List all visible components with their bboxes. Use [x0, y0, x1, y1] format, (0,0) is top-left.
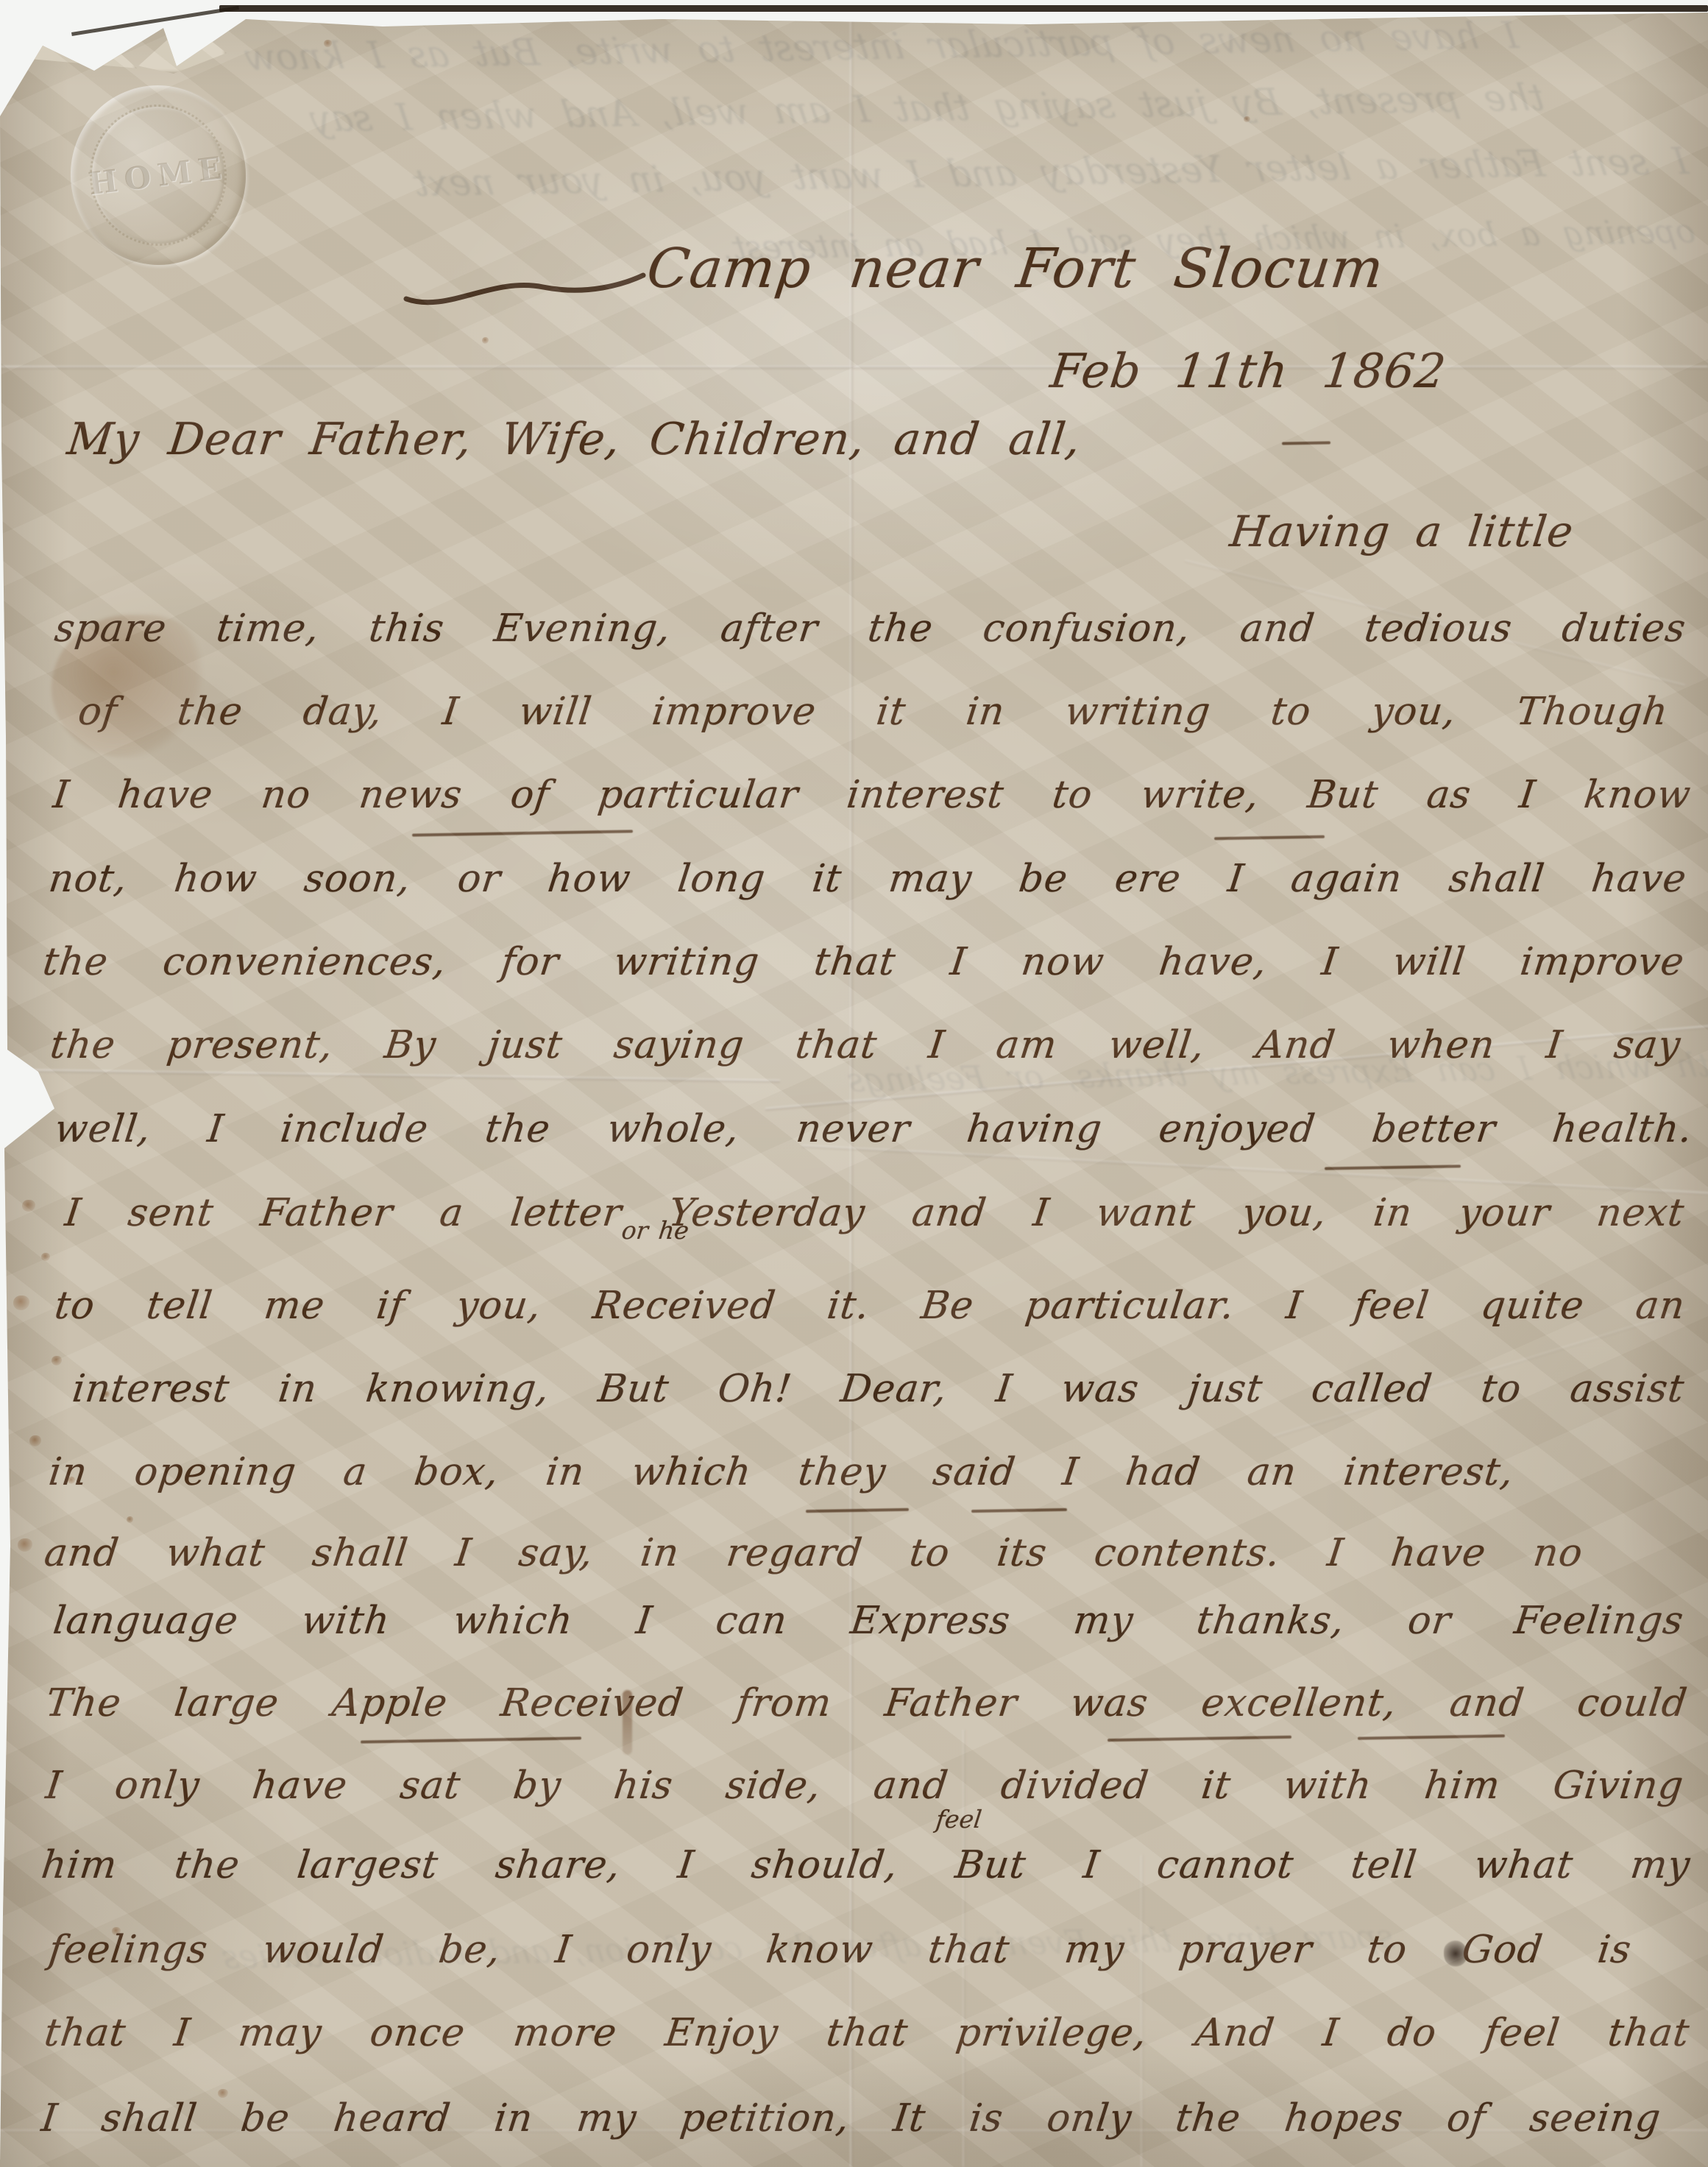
interlinear-insertion: or he: [620, 1216, 691, 1245]
ink-underline: [1108, 1736, 1291, 1742]
letter-line: I only have sat by his side, and divided…: [43, 1767, 1686, 1814]
fox-spot: [52, 1356, 62, 1365]
letter-line: of the day, I will improve it in writing…: [75, 693, 1670, 740]
ink-underline: [412, 830, 633, 836]
ghost-text: the present, By just saying that I am we…: [308, 76, 1547, 140]
ink-underline: [806, 1508, 909, 1513]
stamp-ridge: [82, 96, 235, 253]
fox-spot: [41, 1253, 50, 1261]
letter-line: interest in knowing, But Oh! Dear, I was…: [69, 1370, 1687, 1417]
fox-spot: [18, 1538, 32, 1552]
scan-edge-tear-shadow: [71, 6, 239, 36]
ink-underline: [1325, 1164, 1461, 1170]
pen-flourish: [403, 271, 646, 312]
letter-paper: HOME I have no news of particular intere…: [0, 0, 1708, 2167]
ink-underline: [971, 1508, 1067, 1513]
ghost-text: I sent Father a letter Yesterday and I w…: [411, 140, 1691, 205]
letter-salutation: My Dear Father, Wife, Children, and all,: [65, 414, 1084, 465]
fox-spot: [127, 1516, 133, 1523]
fox-spot: [22, 1200, 35, 1212]
letter-line: The large Apple Received from Father was…: [43, 1684, 1690, 1731]
letter-line: language with which I can Express my tha…: [50, 1602, 1686, 1649]
letter-line: I shall be heard in my petition, It is o…: [38, 2099, 1663, 2146]
letter-date: Feb 11th 1862: [1047, 344, 1449, 399]
embossed-stamp: HOME: [60, 75, 256, 275]
letter-line: I have no news of particular interest to…: [50, 776, 1693, 823]
letter-line: him the largest share, I should, But I c…: [38, 1846, 1693, 1893]
ink-underline: [1214, 835, 1325, 841]
scan-edge-top: [219, 5, 1708, 12]
letter-line: that I may once more Enjoy that privileg…: [41, 2014, 1692, 2061]
letter-line: in opening a box, in which they said I h…: [46, 1453, 1516, 1500]
letter-line: to tell me if you, Received it. Be parti…: [52, 1287, 1687, 1334]
fox-spot: [13, 1295, 29, 1310]
letter-heading-location: Camp near Fort Slocum: [644, 237, 1387, 300]
letter-line: and what shall I say, in regard to its c…: [41, 1534, 1585, 1581]
interlinear-insertion: feel: [935, 1805, 984, 1834]
letter-line: well, I include the whole, never having …: [52, 1110, 1695, 1157]
ink-underline: [361, 1736, 581, 1743]
letter-line: the present, By just saying that I am we…: [47, 1026, 1683, 1073]
ink-underline: [1358, 1734, 1505, 1739]
fox-spot: [29, 1435, 41, 1446]
letter-line: I sent Father a letter Yesterday and I w…: [62, 1194, 1687, 1241]
letter-opening-phrase: Having a little: [1227, 506, 1576, 556]
scanned-letter-page: HOME I have no news of particular intere…: [0, 0, 1708, 2167]
ink-underline: [1282, 441, 1330, 445]
letter-line: not, how soon, or how long it may be ere…: [46, 860, 1689, 907]
fold-crease: [0, 366, 1708, 369]
torn-paper-flap: [138, 22, 227, 74]
ghost-text: I have no news of particular interest to…: [241, 14, 1521, 79]
fox-spot: [482, 337, 489, 344]
letter-line: spare time, this Evening, after the conf…: [52, 609, 1688, 657]
letter-line: the conveniences, for writing that I now…: [40, 943, 1687, 990]
letter-line: feelings would be, I only know that my p…: [46, 1931, 1634, 1978]
torn-paper-flap: [26, 13, 137, 78]
